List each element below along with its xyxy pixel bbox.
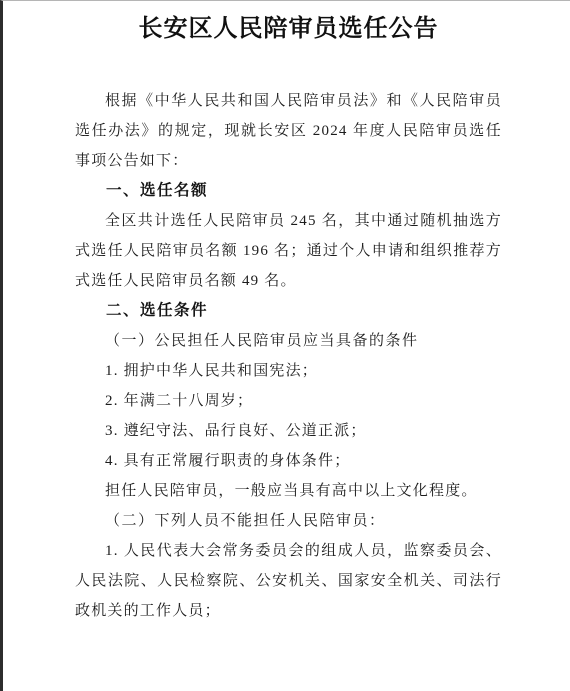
subheading-excluded-persons: （二）下列人员不能担任人民陪审员： [75,506,502,536]
condition-item-4: 4. 具有正常履行职责的身体条件； [75,446,502,476]
paragraph-quota-details: 全区共计选任人民陪审员 245 名，其中通过随机抽选方式选任人民陪审员名额 19… [75,206,502,296]
document-content: 长安区人民陪审员选任公告 根据《中华人民共和国人民陪审员法》和《人民陪审员选任办… [3,1,570,691]
condition-item-2: 2. 年满二十八周岁； [75,386,502,416]
subheading-required-conditions: （一）公民担任人民陪审员应当具备的条件 [75,326,502,356]
document-title: 长安区人民陪审员选任公告 [75,13,502,45]
document-page: 长安区人民陪审员选任公告 根据《中华人民共和国人民陪审员法》和《人民陪审员选任办… [0,0,570,691]
condition-item-3: 3. 遵纪守法、品行良好、公道正派； [75,416,502,446]
paragraph-education-note: 担任人民陪审员，一般应当具有高中以上文化程度。 [75,476,502,506]
excluded-item-1: 1. 人民代表大会常务委员会的组成人员，监察委员会、人民法院、人民检察院、公安机… [75,536,502,626]
paragraph-intro: 根据《中华人民共和国人民陪审员法》和《人民陪审员选任办法》的规定，现就长安区 2… [75,86,502,176]
section-heading-conditions: 二、选任条件 [75,296,502,326]
condition-item-1: 1. 拥护中华人民共和国宪法； [75,356,502,386]
document-body: 根据《中华人民共和国人民陪审员法》和《人民陪审员选任办法》的规定，现就长安区 2… [75,86,502,626]
section-heading-quota: 一、选任名额 [75,176,502,206]
